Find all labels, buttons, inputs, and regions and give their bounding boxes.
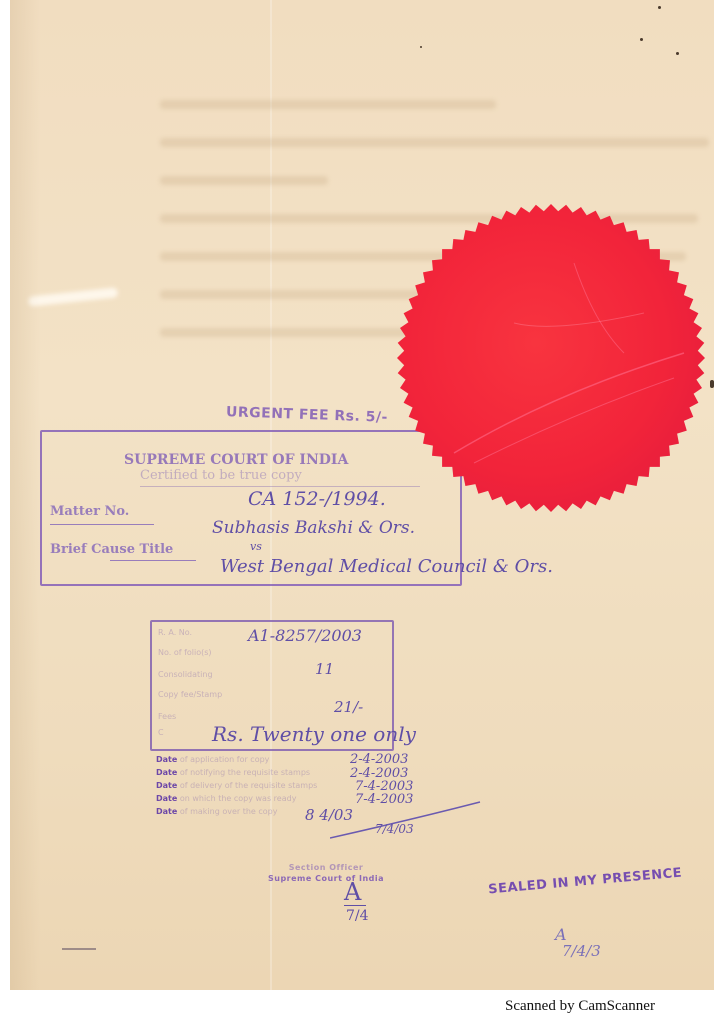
camscanner-watermark: Scanned by CamScanner — [505, 998, 655, 1015]
fee-field-label: Consolidating — [158, 670, 213, 679]
cause-title-line2: West Bengal Medical Council & Ors. — [220, 556, 553, 577]
fee-in-words: Rs. Twenty one only — [212, 722, 416, 746]
divider — [344, 905, 366, 906]
date-label-rest: of delivery of the requisite stamps — [177, 781, 317, 790]
fee-field-label: R. A. No. — [158, 628, 192, 637]
signature-date: 7/4/03 — [375, 822, 414, 836]
certified-line: Certified to be true copy — [140, 468, 302, 483]
red-seal — [394, 203, 708, 513]
matter-number: CA 152-/1994. — [248, 488, 386, 510]
paper-streak — [28, 287, 119, 306]
ra-number: A1-8257/2003 — [248, 626, 362, 645]
matter-label: Matter No. — [50, 504, 129, 519]
date-value: 2-4-2003 — [350, 752, 408, 767]
date-row: Date of application for copy — [156, 755, 317, 768]
sealed-date: 7/4/3 — [562, 942, 601, 960]
ink-mark — [62, 948, 96, 950]
section-officer-stamp: Section Officer Supreme Court of India — [268, 862, 384, 884]
date-label: Date — [156, 807, 177, 816]
divider — [110, 560, 196, 561]
folio-count: 11 — [315, 660, 334, 678]
speck — [710, 380, 714, 388]
date-label-rest: of application for copy — [177, 755, 269, 764]
divider — [140, 486, 420, 487]
cause-title-line1: Subhasis Bakshi & Ors. — [212, 518, 415, 538]
fee-field-label: C — [158, 728, 164, 737]
date-label-rest: of notifying the requisite stamps — [177, 768, 310, 777]
fee-amount: 21/- — [334, 698, 363, 716]
date-label-rest: of making over the copy — [177, 807, 277, 816]
speck — [420, 46, 422, 48]
date-label: Date — [156, 755, 177, 764]
initials-date: 7/4 — [346, 908, 369, 924]
date-label: Date — [156, 768, 177, 777]
speck — [658, 6, 661, 9]
date-row: Date on which the copy was ready — [156, 794, 317, 807]
divider — [50, 524, 154, 525]
date-label: Date — [156, 794, 177, 803]
date-row: Date of notifying the requisite stamps — [156, 768, 317, 781]
fee-field-label: No. of folio(s) — [158, 648, 212, 657]
officer-title: Section Officer — [268, 862, 384, 873]
fee-field-label: Copy fee/Stamp — [158, 690, 222, 699]
cause-title-vs: vs — [250, 540, 262, 553]
date-row: Date of making over the copy — [156, 807, 317, 820]
brief-cause-label: Brief Cause Title — [50, 542, 173, 557]
date-label: Date — [156, 781, 177, 790]
speck — [640, 38, 643, 41]
date-rows: Date of application for copy Date of not… — [156, 755, 317, 820]
initials: A — [344, 878, 361, 906]
fee-field-label: Fees — [158, 712, 176, 721]
date-row: Date of delivery of the requisite stamps — [156, 781, 317, 794]
date-label-rest: on which the copy was ready — [177, 794, 296, 803]
court-name: SUPREME COURT OF INDIA — [124, 452, 348, 468]
officer-court: Supreme Court of India — [268, 873, 384, 884]
speck — [676, 52, 679, 55]
